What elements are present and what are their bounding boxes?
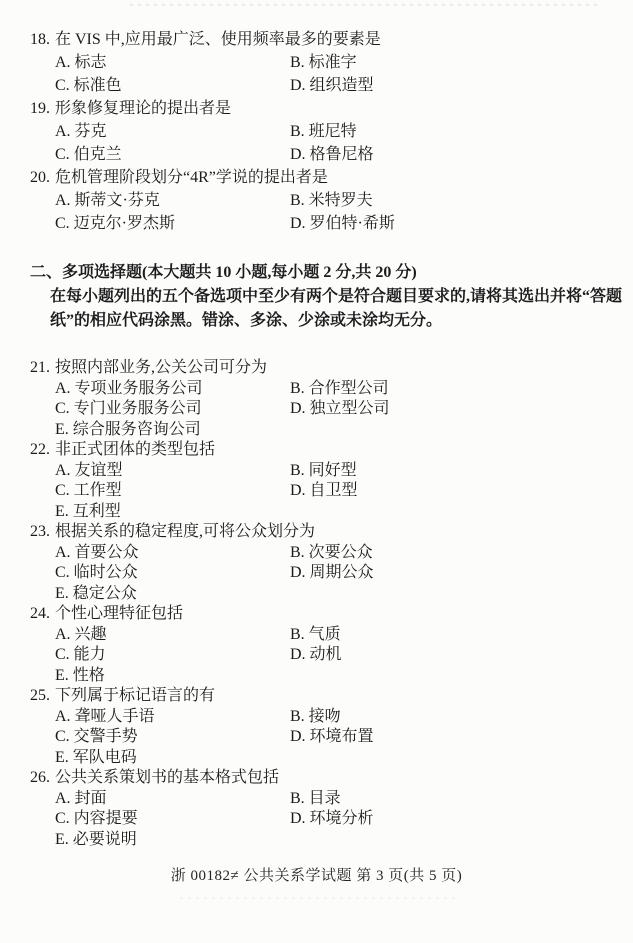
question-20: 20.危机管理阶段划分“4R”学说的提出者是A. 斯蒂文·芬克B. 米特罗夫C.… [30,166,625,235]
exam-page: 18.在 VIS 中,应用最广泛、使用频率最多的要素是A. 标志B. 标准字C.… [0,0,633,943]
option-C: C. 能力 [55,645,290,666]
option-E: E. 综合服务咨询公司 [55,420,290,441]
option-row: A. 友谊型B. 同好型 [30,461,625,482]
question-stem: 公共关系策划书的基本格式包括 [55,768,625,789]
question-23: 23.根据关系的稳定程度,可将公众划分为A. 首要公众B. 次要公众C. 临时公… [30,522,625,604]
option-A: A. 芬克 [55,120,290,143]
question-stem: 下列属于标记语言的有 [55,686,625,707]
question-number: 22. [30,440,55,461]
option-B: B. 同好型 [290,461,357,482]
option-row: C. 伯克兰D. 格鲁尼格 [30,143,625,166]
section-instructions: 在每小题列出的五个备选项中至少有两个是符合题目要求的,请将其选出并将“答题 纸”… [30,285,625,333]
option-B: B. 米特罗夫 [290,189,373,212]
option-C: C. 交警手势 [55,727,290,748]
option-B: B. 班尼特 [290,120,357,143]
question-stem: 按照内部业务,公关公司可分为 [55,358,625,379]
multi-choice-question-list: 21.按照内部业务,公关公司可分为A. 专项业务服务公司B. 合作型公司C. 专… [30,358,625,850]
question-stem: 非正式团体的类型包括 [55,440,625,461]
instruction-line-1: 在每小题列出的五个备选项中至少有两个是符合题目要求的,请将其选出并将“答题 [50,285,625,309]
question-21: 21.按照内部业务,公关公司可分为A. 专项业务服务公司B. 合作型公司C. 专… [30,358,625,440]
option-row: C. 内容提要D. 环境分析 [30,809,625,830]
option-row: E. 稳定公众 [30,584,625,605]
option-B: B. 标准字 [290,51,357,74]
question-26: 26.公共关系策划书的基本格式包括A. 封面B. 目录C. 内容提要D. 环境分… [30,768,625,850]
option-C: C. 标准色 [55,74,290,97]
option-row: C. 标准色D. 组织造型 [30,74,625,97]
multi-choice-section-title: 二、多项选择题(本大题共 10 小题,每小题 2 分,共 20 分) [30,261,625,285]
option-row: E. 互利型 [30,502,625,523]
option-row: A. 芬克B. 班尼特 [30,120,625,143]
option-C: C. 专门业务服务公司 [55,399,290,420]
question-number: 21. [30,358,55,379]
option-row: E. 必要说明 [30,830,625,851]
option-row: E. 性格 [30,666,625,687]
question-22: 22.非正式团体的类型包括A. 友谊型B. 同好型C. 工作型D. 自卫型E. … [30,440,625,522]
question-stem: 在 VIS 中,应用最广泛、使用频率最多的要素是 [55,28,625,51]
option-row: A. 标志B. 标准字 [30,51,625,74]
option-B: B. 目录 [290,789,341,810]
option-A: A. 友谊型 [55,461,290,482]
option-row: C. 专门业务服务公司D. 独立型公司 [30,399,625,420]
option-D: D. 组织造型 [290,74,374,97]
option-A: A. 封面 [55,789,290,810]
option-A: A. 斯蒂文·芬克 [55,189,290,212]
option-row: C. 工作型D. 自卫型 [30,481,625,502]
option-B: B. 次要公众 [290,543,373,564]
option-row: C. 迈克尔·罗杰斯D. 罗伯特·希斯 [30,212,625,235]
question-25: 25.下列属于标记语言的有A. 聋哑人手语B. 接吻C. 交警手势D. 环境布置… [30,686,625,768]
question-number: 25. [30,686,55,707]
option-row: A. 专项业务服务公司B. 合作型公司 [30,379,625,400]
option-A: A. 标志 [55,51,290,74]
question-heading: 22.非正式团体的类型包括 [30,440,625,461]
question-stem: 危机管理阶段划分“4R”学说的提出者是 [55,166,625,189]
page-content: 18.在 VIS 中,应用最广泛、使用频率最多的要素是A. 标志B. 标准字C.… [30,28,625,850]
option-row: E. 军队电码 [30,748,625,769]
option-row: A. 斯蒂文·芬克B. 米特罗夫 [30,189,625,212]
option-D: D. 独立型公司 [290,399,390,420]
option-C: C. 伯克兰 [55,143,290,166]
option-B: B. 合作型公司 [290,379,389,400]
option-A: A. 专项业务服务公司 [55,379,290,400]
option-E: E. 稳定公众 [55,584,290,605]
question-heading: 23.根据关系的稳定程度,可将公众划分为 [30,522,625,543]
question-heading: 18.在 VIS 中,应用最广泛、使用频率最多的要素是 [30,28,625,51]
instruction-line-2: 纸”的相应代码涂黑。错涂、多涂、少涂或未涂均无分。 [50,309,625,333]
option-row: A. 兴趣B. 气质 [30,625,625,646]
question-heading: 21.按照内部业务,公关公司可分为 [30,358,625,379]
question-heading: 19.形象修复理论的提出者是 [30,97,625,120]
option-C: C. 迈克尔·罗杰斯 [55,212,290,235]
option-E: E. 军队电码 [55,748,290,769]
option-row: A. 首要公众B. 次要公众 [30,543,625,564]
option-C: C. 内容提要 [55,809,290,830]
option-C: C. 临时公众 [55,563,290,584]
question-stem: 根据关系的稳定程度,可将公众划分为 [55,522,625,543]
question-number: 26. [30,768,55,789]
option-D: D. 罗伯特·希斯 [290,212,395,235]
question-number: 20. [30,166,55,189]
question-18: 18.在 VIS 中,应用最广泛、使用频率最多的要素是A. 标志B. 标准字C.… [30,28,625,97]
page-footer: 浙 00182≠ 公共关系学试题 第 3 页(共 5 页) [0,864,633,885]
option-row: A. 封面B. 目录 [30,789,625,810]
option-D: D. 环境分析 [290,809,374,830]
option-B: B. 接吻 [290,707,341,728]
question-number: 23. [30,522,55,543]
question-heading: 24.个性心理特征包括 [30,604,625,625]
question-19: 19.形象修复理论的提出者是A. 芬克B. 班尼特C. 伯克兰D. 格鲁尼格 [30,97,625,166]
option-row: C. 能力D. 动机 [30,645,625,666]
question-heading: 25.下列属于标记语言的有 [30,686,625,707]
option-A: A. 兴趣 [55,625,290,646]
option-E: E. 性格 [55,666,290,687]
question-heading: 26.公共关系策划书的基本格式包括 [30,768,625,789]
option-D: D. 周期公众 [290,563,374,584]
scan-artifact [180,897,460,899]
option-D: D. 环境布置 [290,727,374,748]
single-choice-question-list: 18.在 VIS 中,应用最广泛、使用频率最多的要素是A. 标志B. 标准字C.… [30,28,625,235]
option-D: D. 动机 [290,645,342,666]
question-24: 24.个性心理特征包括A. 兴趣B. 气质C. 能力D. 动机E. 性格 [30,604,625,686]
question-heading: 20.危机管理阶段划分“4R”学说的提出者是 [30,166,625,189]
question-stem: 个性心理特征包括 [55,604,625,625]
option-row: C. 交警手势D. 环境布置 [30,727,625,748]
option-row: C. 临时公众D. 周期公众 [30,563,625,584]
option-C: C. 工作型 [55,481,290,502]
option-row: A. 聋哑人手语B. 接吻 [30,707,625,728]
option-E: E. 必要说明 [55,830,290,851]
option-row: E. 综合服务咨询公司 [30,420,625,441]
option-A: A. 首要公众 [55,543,290,564]
question-number: 19. [30,97,55,120]
question-number: 24. [30,604,55,625]
question-number: 18. [30,28,55,51]
scan-artifact [130,4,600,6]
option-D: D. 自卫型 [290,481,358,502]
option-D: D. 格鲁尼格 [290,143,374,166]
option-B: B. 气质 [290,625,341,646]
option-E: E. 互利型 [55,502,290,523]
question-stem: 形象修复理论的提出者是 [55,97,625,120]
option-A: A. 聋哑人手语 [55,707,290,728]
